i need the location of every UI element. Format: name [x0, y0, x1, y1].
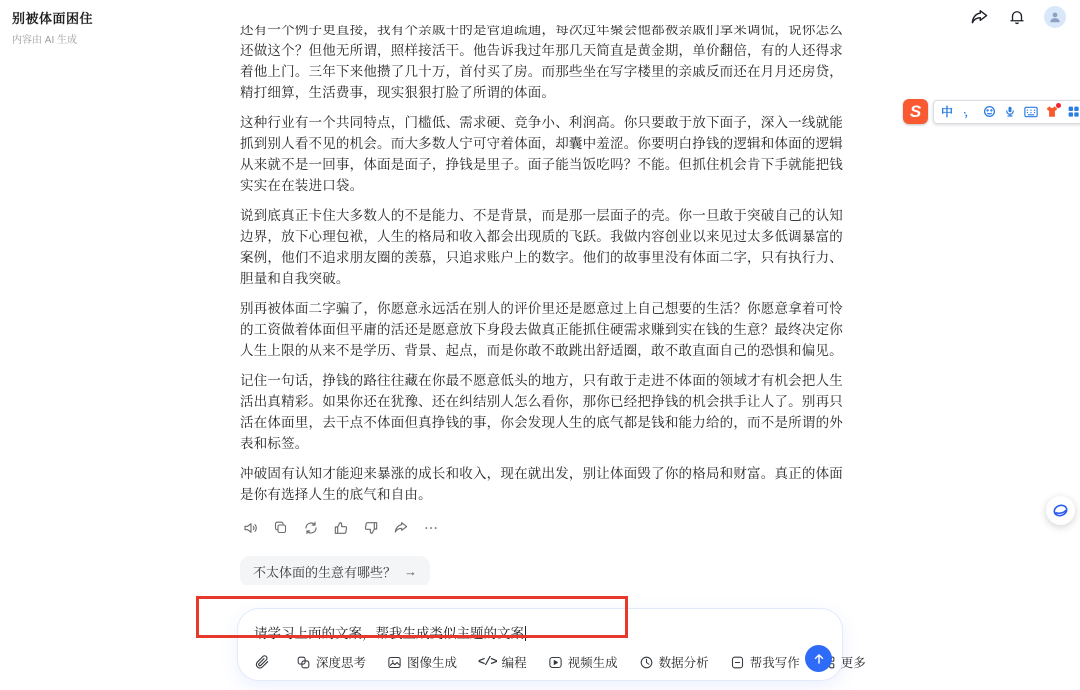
message-action-row [242, 519, 843, 536]
deep-think-icon [296, 655, 311, 670]
suggestion-chip[interactable]: 不太体面的生意有哪些？ → [240, 556, 430, 585]
ime-keyboard-icon[interactable] [1024, 103, 1038, 121]
tool-help-writing[interactable]: 帮我写作 [730, 653, 800, 671]
ime-emoji-icon[interactable] [982, 103, 996, 121]
doubao-ball-icon [1051, 501, 1070, 520]
notifications-bell-icon[interactable] [1006, 6, 1028, 28]
page-title: 别被体面困住 [12, 8, 93, 27]
chat-scroll-area[interactable]: 还有一个例子更直接，我有个亲戚干的是管道疏通，每次过年聚会他都被亲戚们拿来调侃，… [240, 25, 843, 585]
tool-coding[interactable]: </> 编程 [478, 653, 527, 671]
arrow-right-icon: → [404, 564, 417, 579]
share-message-icon[interactable] [392, 519, 409, 536]
top-actions [968, 6, 1066, 28]
message-paragraph: 这种行业有一个共同特点，门槛低、需求硬、竞争小、利润高。你只要敢于放下面子，深入… [240, 112, 843, 196]
suggestion-label: 不太体面的生意有哪些？ [253, 562, 396, 581]
message-paragraph: 还有一个例子更直接，我有个亲戚干的是管道疏通，每次过年聚会他都被亲戚们拿来调侃，… [240, 25, 843, 103]
video-icon [548, 655, 563, 670]
composer-card: 请学习上面的文案，帮我生成类似主题的文案 深度思考 图像生成 [237, 608, 843, 681]
copy-icon[interactable] [272, 519, 289, 536]
thumbs-down-icon[interactable] [362, 519, 379, 536]
ime-apps-grid-icon[interactable] [1066, 103, 1080, 121]
ime-chinese-mode-icon[interactable]: 中 [940, 103, 954, 121]
tool-data-analysis[interactable]: 数据分析 [639, 653, 709, 671]
ime-skin-shirt-icon[interactable] [1045, 103, 1059, 121]
assistant-floating-ball[interactable] [1046, 496, 1075, 525]
ime-microphone-icon[interactable] [1003, 103, 1017, 121]
message-paragraph: 冲破固有认知才能迎来暴涨的成长和收入，现在就出发，别让体面毁了你的格局和财富。真… [240, 463, 843, 505]
share-icon[interactable] [968, 6, 990, 28]
ime-toolbar: S 中 ·， [903, 99, 1080, 124]
user-avatar[interactable] [1044, 6, 1066, 28]
message-input[interactable]: 请学习上面的文案，帮我生成类似主题的文案 [254, 622, 828, 642]
assistant-message: 还有一个例子更直接，我有个亲戚干的是管道疏通，每次过年聚会他都被亲戚们拿来调侃，… [240, 25, 843, 505]
tool-image-generation[interactable]: 图像生成 [387, 653, 457, 671]
ai-generated-note: 内容由 AI 生成 [12, 31, 93, 46]
more-actions-icon[interactable] [422, 519, 439, 536]
composer-toolbar: 深度思考 图像生成 </> 编程 视频生成 [254, 653, 828, 671]
thumbs-up-icon[interactable] [332, 519, 349, 536]
image-icon [387, 655, 402, 670]
message-paragraph: 说到底真正卡住大多数人的不是能力、不是背景，而是那一层面子的壳。你一旦敢于突破自… [240, 205, 843, 289]
code-icon: </> [478, 655, 497, 669]
message-paragraph: 别再被体面二字骗了，你愿意永远活在别人的评价里还是愿意过上自己想要的生活？你愿意… [240, 298, 843, 361]
read-aloud-icon[interactable] [242, 519, 259, 536]
chart-clock-icon [639, 655, 654, 670]
attachment-paperclip-icon[interactable] [254, 654, 270, 670]
send-button[interactable] [805, 645, 832, 672]
doc-header: 别被体面困住 内容由 AI 生成 [12, 8, 93, 46]
message-paragraph: 记住一句话，挣钱的路往往藏在你最不愿意低头的地方，只有敢于走进不体面的领域才有机… [240, 370, 843, 454]
regenerate-icon[interactable] [302, 519, 319, 536]
tool-video-generation[interactable]: 视频生成 [548, 653, 618, 671]
text-caret [525, 626, 526, 641]
ime-pill: 中 ·， [933, 100, 1080, 124]
ime-punctuation-icon[interactable]: ·， [961, 103, 975, 121]
ime-skin-badge [1056, 103, 1061, 108]
writing-doc-icon [730, 655, 745, 670]
sogou-logo-icon[interactable]: S [903, 99, 928, 124]
tool-deep-think[interactable]: 深度思考 [296, 653, 366, 671]
